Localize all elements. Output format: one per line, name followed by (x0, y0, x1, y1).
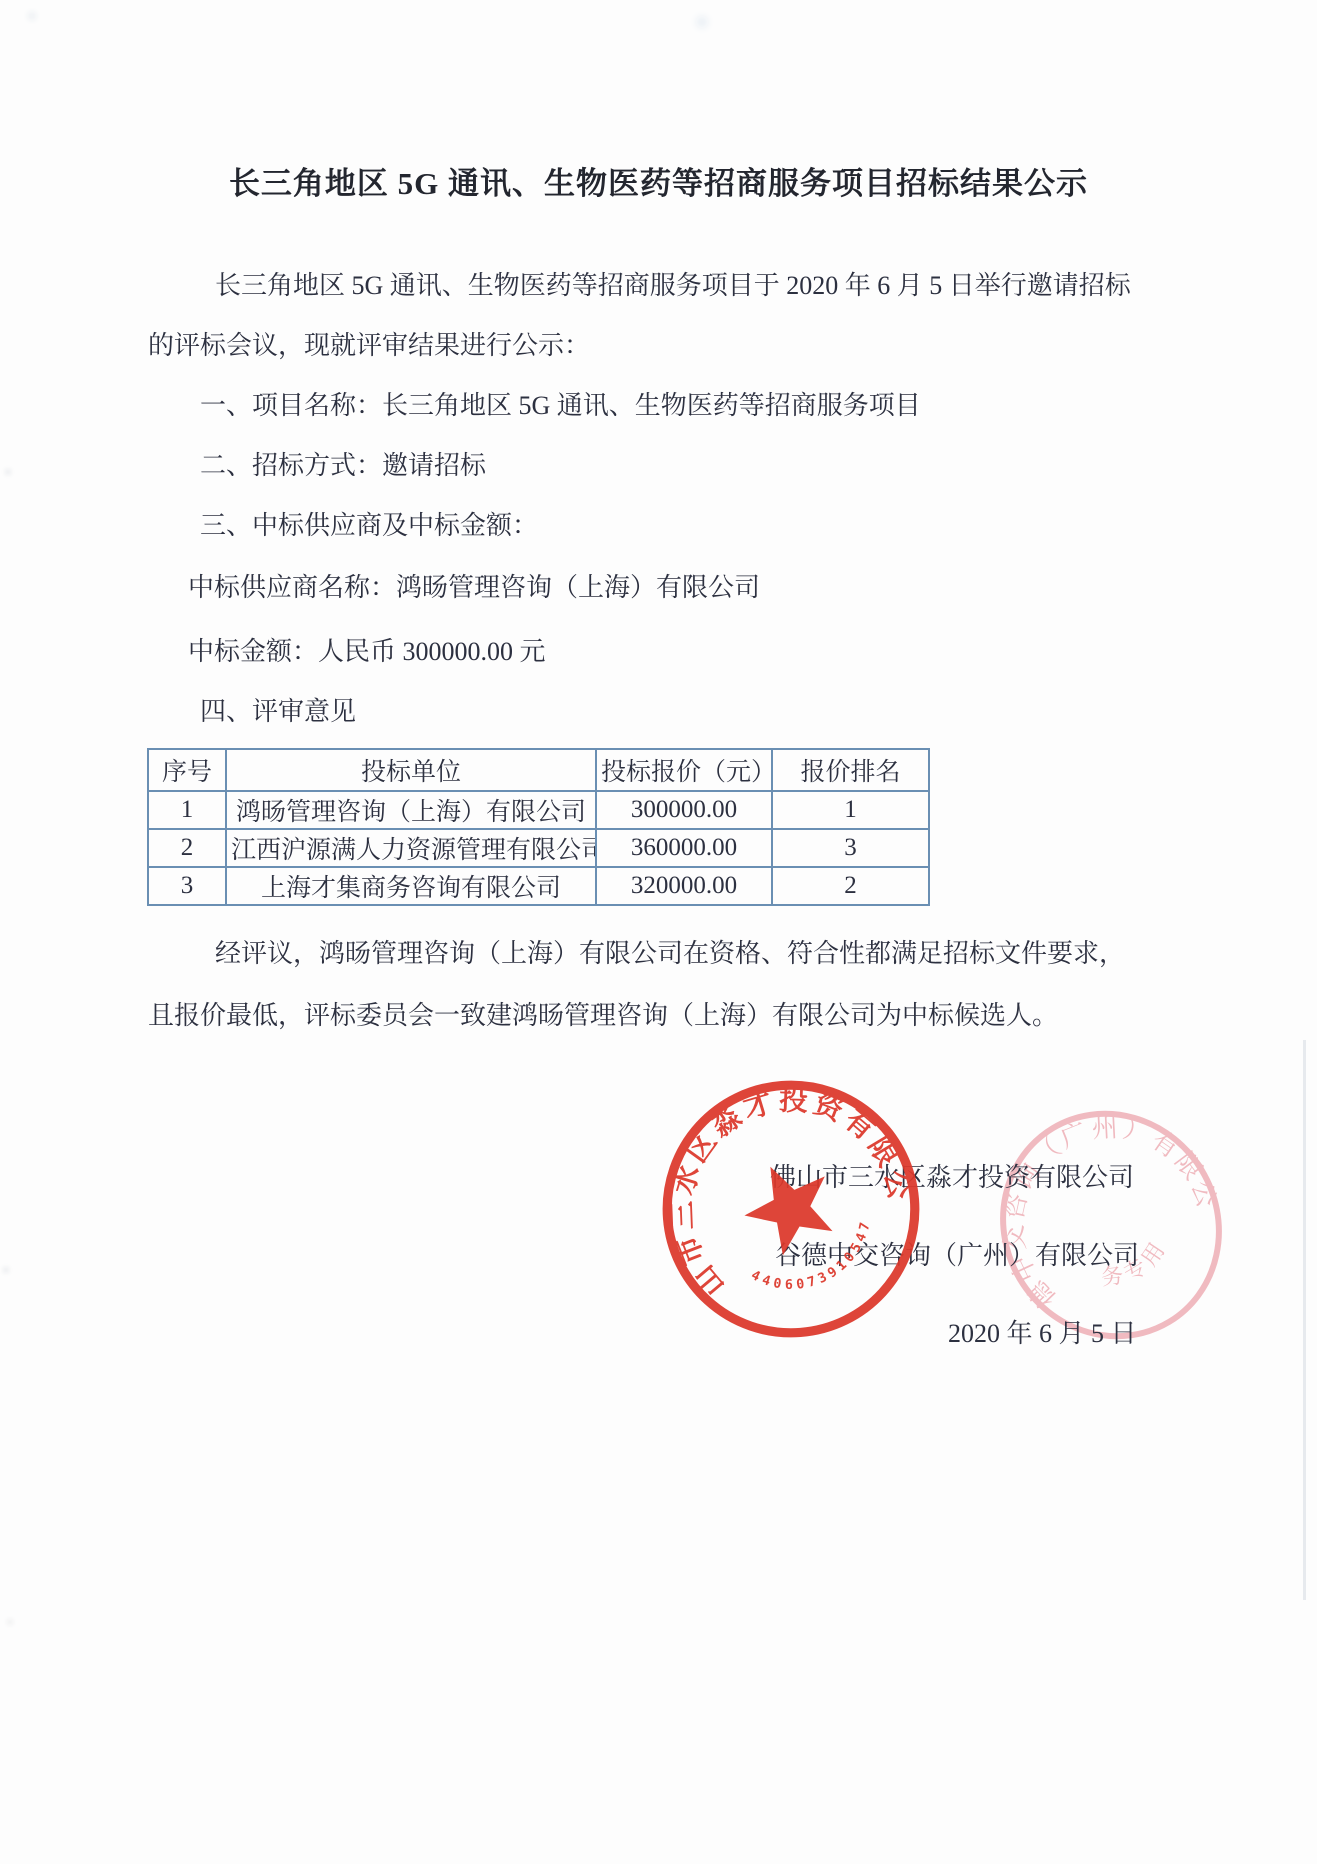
table-row: 1 鸿旸管理咨询（上海）有限公司 300000.00 1 (148, 791, 929, 829)
table-cell-rank: 3 (772, 829, 929, 867)
table-row: 3 上海才集商务咨询有限公司 320000.00 2 (148, 867, 929, 905)
table-cell-index: 3 (148, 867, 226, 905)
table-header-row: 序号 投标单位 投标报价（元） 报价排名 (148, 749, 929, 791)
seal-arc-company-name: 佛山市三水区淼才投资有限公司 (613, 1031, 924, 1316)
scanned-document-page: 长三角地区 5G 通讯、生物医药等招商服务项目招标结果公示 长三角地区 5G 通… (0, 0, 1317, 1864)
section4-heading: 四、评审意见 (200, 696, 356, 728)
header-cell-index: 序号 (148, 749, 226, 791)
item-project-name: 一、项目名称：长三角地区 5G 通讯、生物医药等招商服务项目 (200, 390, 921, 422)
table-cell-price: 360000.00 (596, 829, 772, 867)
winner-name-line: 中标供应商名称：鸿旸管理咨询（上海）有限公司 (188, 572, 760, 604)
scan-noise (0, 0, 4, 4)
item-winner-heading: 三、中标供应商及中标金额： (200, 510, 538, 542)
table-cell-index: 2 (148, 829, 226, 867)
table-cell-bidder: 鸿旸管理咨询（上海）有限公司 (226, 791, 596, 829)
signature-date: 2020 年 6 月 5 日 (948, 1318, 1137, 1350)
table-cell-bidder: 江西沪源满人力资源管理有限公司 (226, 829, 596, 867)
table-cell-rank: 2 (772, 867, 929, 905)
table-cell-rank: 1 (772, 791, 929, 829)
svg-text:佛山市三水区淼才投资有限公司: 佛山市三水区淼才投资有限公司 (613, 1031, 924, 1316)
intro-line-1: 长三角地区 5G 通讯、生物医药等招商服务项目于 2020 年 6 月 5 日举… (215, 270, 1131, 302)
bid-table: 序号 投标单位 投标报价（元） 报价排名 1 鸿旸管理咨询（上海）有限公司 30… (147, 748, 930, 906)
scan-edge-line (1303, 1040, 1306, 1600)
winner-amount-line: 中标金额：人民币 300000.00 元 (188, 636, 546, 668)
intro-line-2: 的评标会议，现就评审结果进行公示： (148, 330, 590, 362)
header-cell-price: 投标报价（元） (596, 749, 772, 791)
table-row: 2 江西沪源满人力资源管理有限公司 360000.00 3 (148, 829, 929, 867)
table-cell-price: 320000.00 (596, 867, 772, 905)
header-cell-bidder: 投标单位 (226, 749, 596, 791)
header-cell-rank: 报价排名 (772, 749, 929, 791)
page-title: 长三角地区 5G 通讯、生物医药等招商服务项目招标结果公示 (0, 158, 1317, 203)
seal-star-icon (730, 1147, 848, 1263)
table-cell-bidder: 上海才集商务咨询有限公司 (226, 867, 596, 905)
table-cell-index: 1 (148, 791, 226, 829)
table-cell-price: 300000.00 (596, 791, 772, 829)
primary-company-seal: 佛山市三水区淼才投资有限公司 4406073910547 (613, 1031, 969, 1387)
item-bid-method: 二、招标方式：邀请招标 (200, 450, 486, 482)
conclusion-line-2: 且报价最低，评标委员会一致建鸿旸管理咨询（上海）有限公司为中标候选人。 (148, 1000, 1058, 1032)
conclusion-line-1: 经评议，鸿旸管理咨询（上海）有限公司在资格、符合性都满足招标文件要求， (215, 938, 1125, 970)
